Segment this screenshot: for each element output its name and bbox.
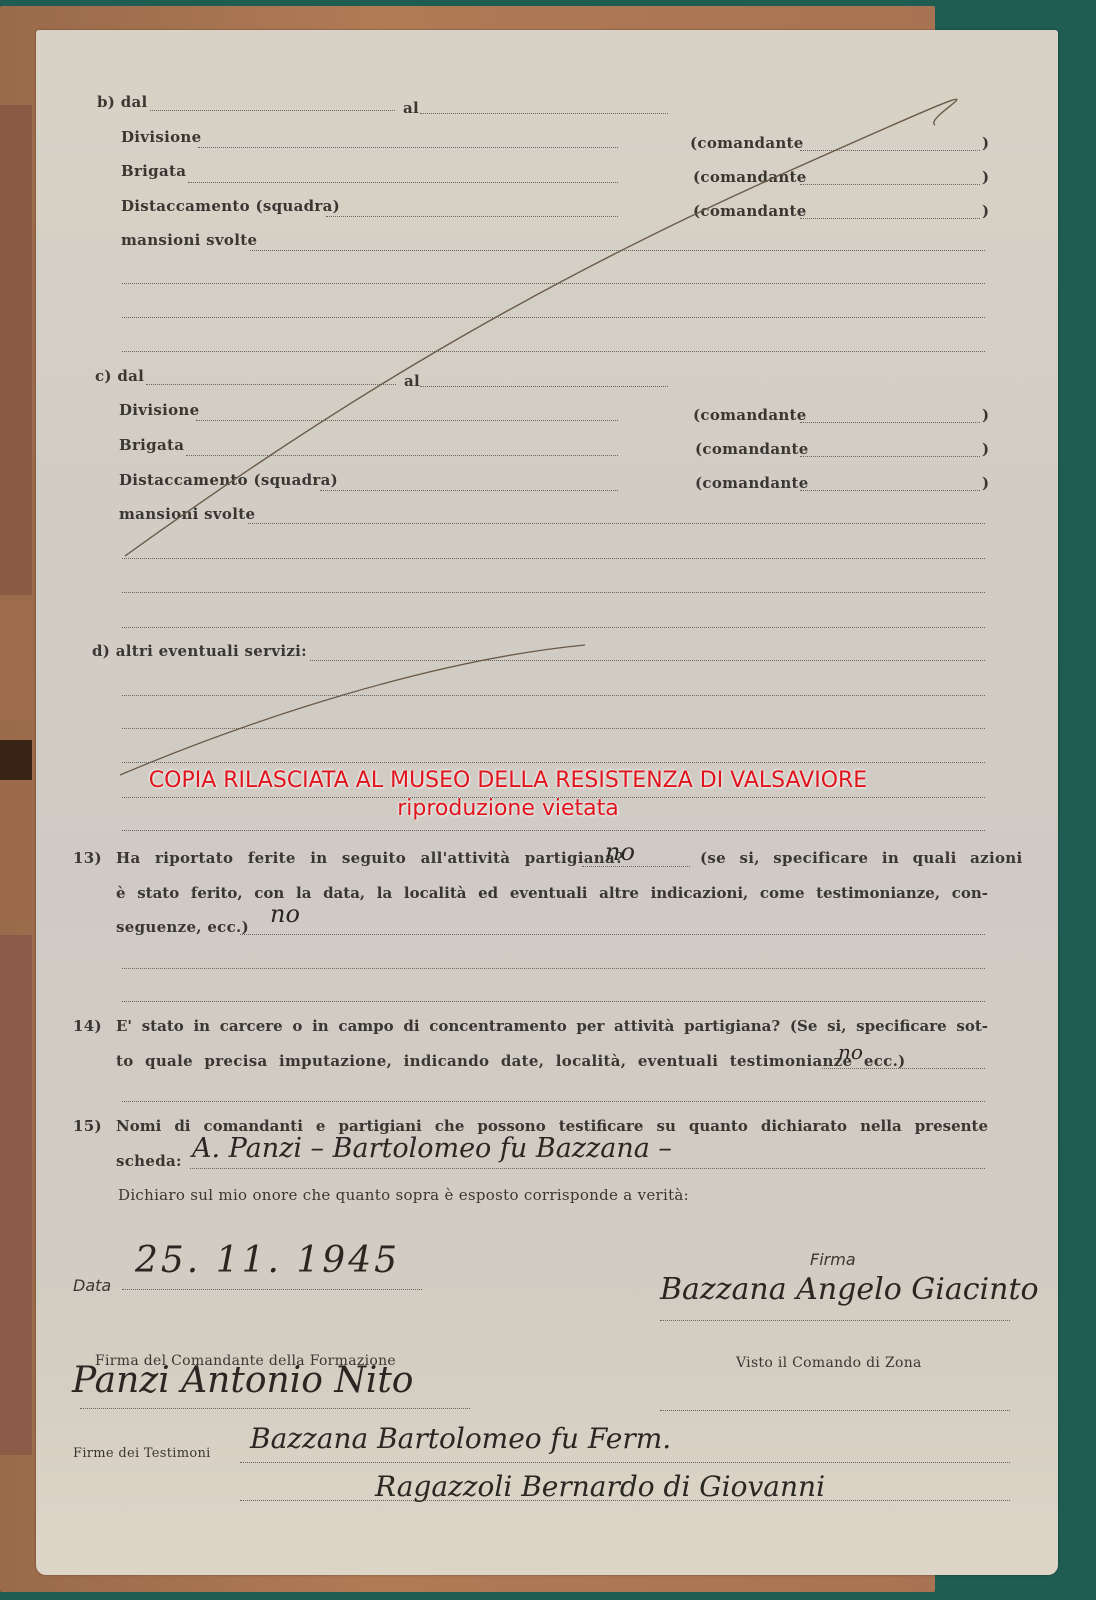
commander-signature-value: Panzi Antonio Nito xyxy=(72,1360,413,1401)
section-b-brigata-field[interactable] xyxy=(188,182,618,183)
section-b-distaccamento-label: Distaccamento (squadra) xyxy=(121,197,340,215)
signature-label: Firma xyxy=(810,1250,856,1269)
q13-question-part1: Ha riportato ferite in seguito all'attiv… xyxy=(116,849,624,867)
q13-answer-field[interactable] xyxy=(582,866,690,867)
section-d-field[interactable] xyxy=(310,660,985,661)
section-c-brigata-label: Brigata xyxy=(119,436,184,454)
section-b-comandante-2-field[interactable] xyxy=(800,184,980,185)
witness-1-field[interactable] xyxy=(240,1462,1010,1463)
section-c-divisione-field[interactable] xyxy=(196,420,618,421)
date-label: Data xyxy=(73,1276,111,1295)
book-spine-left-bottom xyxy=(0,935,32,1455)
q13-line-5[interactable] xyxy=(122,1001,985,1002)
section-b-mansioni-line-2[interactable] xyxy=(122,283,985,284)
section-c-brigata-field[interactable] xyxy=(186,455,618,456)
section-c-comandante-1-field[interactable] xyxy=(800,422,980,423)
q13-line-4[interactable] xyxy=(122,968,985,969)
section-c-comandante-1-label: (comandante xyxy=(693,406,807,424)
section-b-comandante-1-field[interactable] xyxy=(800,150,980,151)
section-d-line-3[interactable] xyxy=(122,728,985,729)
q14-answer-field[interactable] xyxy=(822,1068,985,1069)
q13-line-2: è stato ferito, con la data, la località… xyxy=(116,884,988,902)
section-c-mansioni-label: mansioni svolte xyxy=(119,505,255,523)
section-d-line-4[interactable] xyxy=(122,762,985,763)
section-c-al-field[interactable] xyxy=(420,386,668,387)
section-c-comandante-2-field[interactable] xyxy=(800,456,980,457)
q13-question-part2: (se si, specificare in quali azioni xyxy=(700,849,1022,867)
q14-number: 14) xyxy=(73,1017,102,1035)
paren: ) xyxy=(982,440,989,458)
section-b-mansioni-line-3[interactable] xyxy=(122,317,985,318)
section-c-divisione-label: Divisione xyxy=(119,401,199,419)
zone-command-label: Visto il Comando di Zona xyxy=(736,1355,922,1371)
paren: ) xyxy=(982,134,989,152)
section-c-dal-field[interactable] xyxy=(146,384,396,385)
zone-command-field[interactable] xyxy=(660,1410,1010,1411)
section-b-dal-field[interactable] xyxy=(150,110,395,111)
book-spine-left-mid xyxy=(0,600,32,720)
section-b-mansioni-field[interactable] xyxy=(250,250,985,251)
commander-signature-field[interactable] xyxy=(80,1408,470,1409)
paren: ) xyxy=(982,406,989,424)
date-value: 25. 11. 1945 xyxy=(135,1240,400,1281)
q14-line-1: E' stato in carcere o in campo di concen… xyxy=(116,1017,988,1035)
q13-answer-1: no xyxy=(605,838,635,866)
section-b-divisione-field[interactable] xyxy=(198,147,618,148)
section-c-dal-label: c) dal xyxy=(95,367,144,385)
section-b-al-field[interactable] xyxy=(420,113,668,114)
section-b-divisione-label: Divisione xyxy=(121,128,201,146)
section-c-mansioni-line-2[interactable] xyxy=(122,558,985,559)
section-b-mansioni-line-4[interactable] xyxy=(122,351,985,352)
signature-field[interactable] xyxy=(660,1320,1010,1321)
q13-number: 13) xyxy=(73,849,102,867)
section-c-distaccamento-field[interactable] xyxy=(320,490,618,491)
section-b-comandante-2-label: (comandante xyxy=(693,168,807,186)
q13-answer-2-field[interactable] xyxy=(240,934,985,935)
section-c-comandante-3-field[interactable] xyxy=(800,490,980,491)
section-d-label: d) altri eventuali servizi: xyxy=(92,642,307,660)
q15-answer: A. Panzi – Bartolomeo fu Bazzana – xyxy=(192,1133,672,1164)
section-b-al-label: al xyxy=(403,99,419,117)
q13-answer-2: no xyxy=(270,900,300,928)
declaration-text: Dichiaro sul mio onore che quanto sopra … xyxy=(118,1186,689,1204)
section-b-distaccamento-field[interactable] xyxy=(326,216,618,217)
q15-scheda-label: scheda: xyxy=(116,1152,182,1170)
paren: ) xyxy=(982,474,989,492)
watermark-line-2: riproduzione vietata xyxy=(0,796,1056,821)
watermark-line-1: COPIA RILASCIATA AL MUSEO DELLA RESISTEN… xyxy=(0,768,1056,793)
section-c-mansioni-line-3[interactable] xyxy=(122,592,985,593)
witnesses-label: Firme dei Testimoni xyxy=(73,1446,211,1461)
section-c-comandante-2-label: (comandante xyxy=(695,440,809,458)
q14-line-3[interactable] xyxy=(122,1101,985,1102)
section-d-line-6[interactable] xyxy=(122,830,985,831)
signature-value: Bazzana Angelo Giacinto xyxy=(660,1272,1039,1307)
section-b-mansioni-label: mansioni svolte xyxy=(121,231,257,249)
q14-line-2: to quale precisa imputazione, indicando … xyxy=(116,1052,906,1070)
section-b-brigata-label: Brigata xyxy=(121,162,186,180)
section-b-comandante-3-field[interactable] xyxy=(800,218,980,219)
section-c-mansioni-line-4[interactable] xyxy=(122,627,985,628)
q15-answer-field[interactable] xyxy=(190,1168,985,1169)
section-c-al-label: al xyxy=(404,372,420,390)
paren: ) xyxy=(982,168,989,186)
q13-line-3: seguenze, ecc.) xyxy=(116,918,249,936)
section-c-comandante-3-label: (comandante xyxy=(695,474,809,492)
paren: ) xyxy=(982,202,989,220)
date-field[interactable] xyxy=(122,1289,422,1290)
section-b-dal-label: b) dal xyxy=(97,93,148,111)
q14-answer: no xyxy=(838,1040,863,1064)
section-d-line-2[interactable] xyxy=(122,695,985,696)
section-b-comandante-3-label: (comandante xyxy=(693,202,807,220)
section-c-mansioni-field[interactable] xyxy=(248,523,985,524)
witness-2-signature: Ragazzoli Bernardo di Giovanni xyxy=(375,1470,825,1503)
book-spine-left-top xyxy=(0,105,32,595)
q15-number: 15) xyxy=(73,1117,102,1135)
section-b-comandante-1-label: (comandante xyxy=(690,134,804,152)
section-c-distaccamento-label: Distaccamento (squadra) xyxy=(119,471,338,489)
witness-1-signature: Bazzana Bartolomeo fu Ferm. xyxy=(250,1422,671,1455)
